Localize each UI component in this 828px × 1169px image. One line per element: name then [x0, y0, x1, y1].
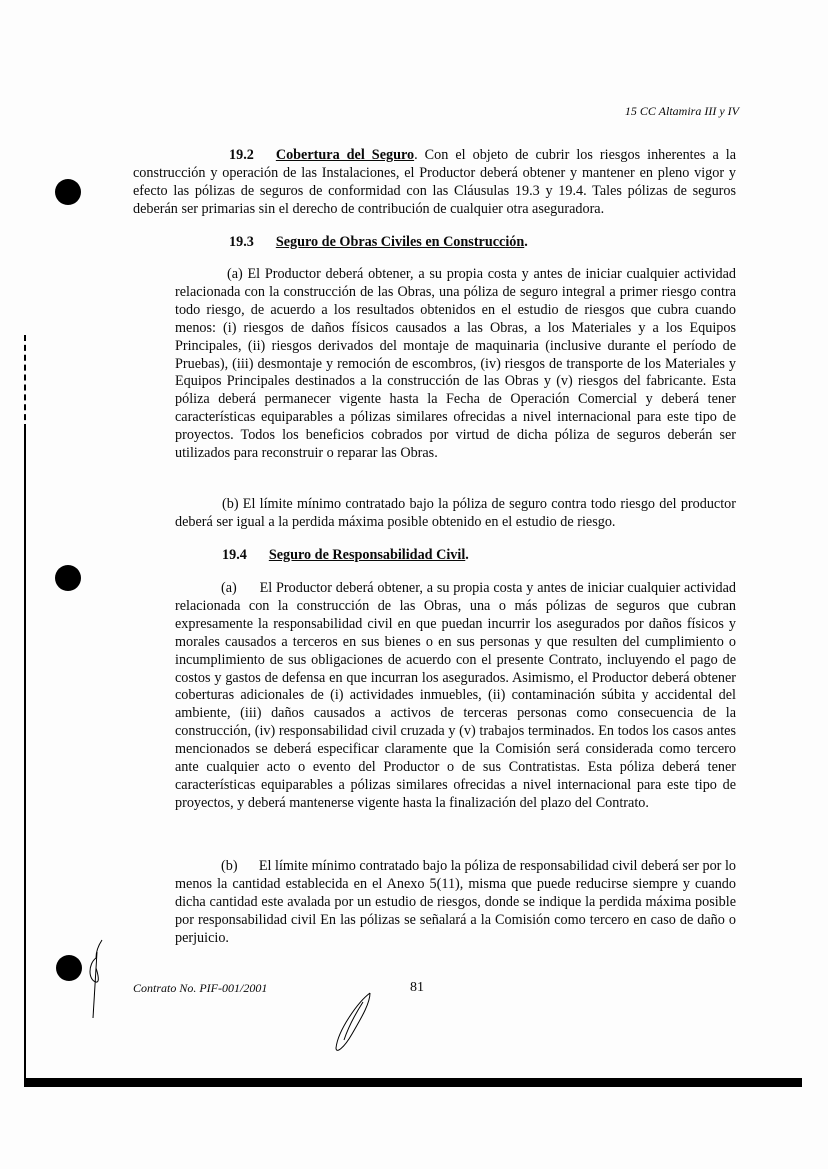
section-body: . Con el objeto de cubrir los riesgos in…	[133, 147, 736, 217]
contract-number: Contrato No. PIF-001/2001	[133, 981, 267, 996]
section-19-3-paragraph-a: (a) El Productor deberá obtener, a su pr…	[175, 266, 736, 463]
scan-border-left	[24, 430, 26, 1080]
punch-hole-bottom	[56, 955, 82, 981]
title-suffix: .	[524, 234, 528, 250]
initial-signature	[330, 990, 380, 1055]
running-header: 15 CC Altamira III y IV	[625, 104, 739, 119]
punch-hole-middle	[55, 565, 81, 591]
paragraph-text: (b) El límite mínimo contratado bajo la …	[175, 496, 736, 532]
section-number: 19.2	[229, 147, 254, 163]
section-19-2: 19.2Cobertura del Seguro. Con el objeto …	[133, 147, 736, 219]
paragraph-text: (a) El Productor deberá obtener, a su pr…	[175, 266, 736, 463]
section-number: 19.4	[222, 547, 247, 563]
scan-border-bottom	[24, 1078, 802, 1087]
punch-hole-top	[55, 179, 81, 205]
section-19-3-paragraph-b: (b) El límite mínimo contratado bajo la …	[175, 496, 736, 532]
paragraph-text: (b) El límite mínimo contratado bajo la …	[175, 858, 736, 948]
section-title: Seguro de Responsabilidad Civil	[269, 547, 465, 563]
section-title: Seguro de Obras Civiles en Construcción	[276, 234, 524, 250]
section-19-4-paragraph-a: (a) El Productor deberá obtener, a su pr…	[175, 580, 736, 813]
scan-border-left-dashed	[24, 335, 26, 430]
section-title: Cobertura del Seguro	[276, 147, 414, 163]
document-page: 15 CC Altamira III y IV 19.2Cobertura de…	[0, 0, 828, 1169]
section-19-4-paragraph-b: (b) El límite mínimo contratado bajo la …	[175, 858, 736, 948]
section-19-3-heading: 19.3Seguro de Obras Civiles en Construcc…	[229, 234, 528, 251]
paragraph-text: (a) El Productor deberá obtener, a su pr…	[175, 580, 736, 813]
section-19-4-heading: 19.4Seguro de Responsabilidad Civil.	[222, 547, 469, 564]
title-suffix: .	[465, 547, 469, 563]
page-number: 81	[410, 980, 424, 996]
section-number: 19.3	[229, 234, 254, 250]
margin-initial-signature	[84, 938, 114, 1023]
